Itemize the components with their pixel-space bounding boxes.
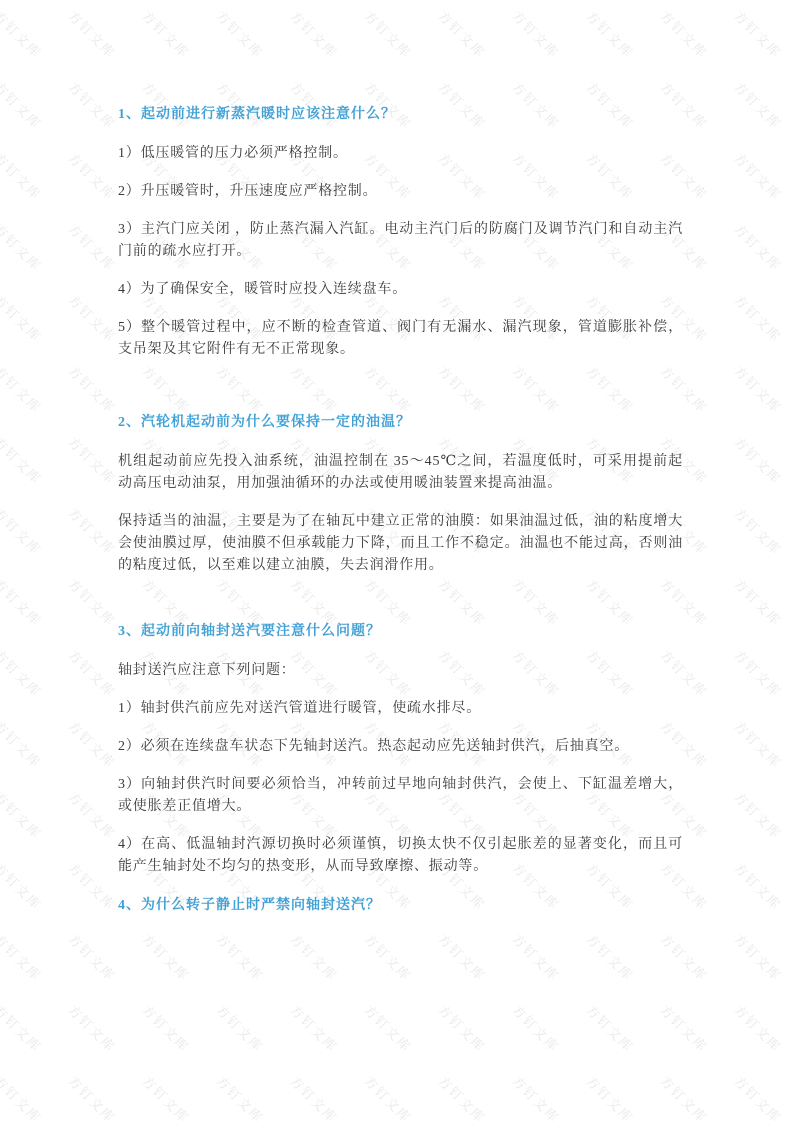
answer-paragraph: 轴封送汽应注意下列问题： <box>118 660 683 682</box>
watermark-text: 方钉文库 <box>361 1000 417 1056</box>
watermark-text: 方钉文库 <box>287 1071 343 1122</box>
watermark-text: 方钉文库 <box>65 1071 121 1122</box>
watermark-text: 方钉文库 <box>361 929 417 985</box>
watermark-text: 方钉文库 <box>213 1000 269 1056</box>
watermark-text: 方钉文库 <box>65 1000 121 1056</box>
question-heading: 2、汽轮机起动前为什么要保持一定的油温？ <box>118 411 683 435</box>
watermark-text: 方钉文库 <box>509 1000 565 1056</box>
watermark-text: 方钉文库 <box>213 929 269 985</box>
watermark-text: 方钉文库 <box>583 1071 639 1122</box>
watermark-text: 方钉文库 <box>139 929 195 985</box>
answer-paragraph: 2）升压暖管时，升压速度应严格控制。 <box>118 181 683 203</box>
watermark-text: 方钉文库 <box>657 1071 713 1122</box>
watermark-text: 方钉文库 <box>139 1071 195 1122</box>
answer-paragraph: 3）主汽门应关闭 ，防止蒸汽漏入汽缸。电动主汽门后的防腐门及调节汽门和自动主汽门… <box>118 219 683 263</box>
watermark-text: 方钉文库 <box>509 929 565 985</box>
answer-paragraph: 机组起动前应先投入油系统，油温控制在 35～45℃之间，若温度低时，可采用提前起… <box>118 451 683 495</box>
answer-paragraph: 3）向轴封供汽时间要必须恰当，冲转前过早地向轴封供汽，会使上、下缸温差增大，或使… <box>118 774 683 818</box>
document-page: 方钉文库方钉文库方钉文库方钉文库方钉文库方钉文库方钉文库方钉文库方钉文库方钉文库… <box>0 0 793 1122</box>
watermark-text: 方钉文库 <box>65 929 121 985</box>
watermark-text: 方钉文库 <box>657 1000 713 1056</box>
document-content: 1、起动前进行新蒸汽暖时应该注意什么？ 1）低压暖管的压力必须严格控制。 2）升… <box>0 0 793 918</box>
watermark-text: 方钉文库 <box>583 1000 639 1056</box>
answer-paragraph: 5）整个暖管过程中，应不断的检查管道、阀门有无漏水、漏汽现象，管道膨胀补偿，支吊… <box>118 317 683 361</box>
answer-paragraph: 1）轴封供汽前应先对送汽管道进行暖管，使疏水排尽。 <box>118 698 683 720</box>
watermark-text: 方钉文库 <box>287 929 343 985</box>
answer-paragraph: 2）必须在连续盘车状态下先轴封送汽。热态起动应先送轴封供汽，后抽真空。 <box>118 736 683 758</box>
watermark-text: 方钉文库 <box>657 929 713 985</box>
watermark-text: 方钉文库 <box>731 1000 787 1056</box>
question-heading: 1、起动前进行新蒸汽暖时应该注意什么？ <box>118 103 683 127</box>
watermark-text: 方钉文库 <box>361 1071 417 1122</box>
watermark-text: 方钉文库 <box>0 1000 46 1056</box>
qa-section-2: 2、汽轮机起动前为什么要保持一定的油温？ 机组起动前应先投入油系统，油温控制在 … <box>118 411 683 577</box>
watermark-text: 方钉文库 <box>731 929 787 985</box>
answer-paragraph: 4）为了确保安全，暖管时应投入连续盘车。 <box>118 279 683 301</box>
qa-section-3: 3、起动前向轴封送汽要注意什么问题？ 轴封送汽应注意下列问题： 1）轴封供汽前应… <box>118 620 683 878</box>
qa-section-4: 4、为什么转子静止时严禁向轴封送汽？ <box>118 894 683 918</box>
answer-paragraph: 4）在高、低温轴封汽源切换时必须谨慎，切换太快不仅引起胀差的显著变化，而且可能产… <box>118 834 683 878</box>
watermark-text: 方钉文库 <box>435 1071 491 1122</box>
watermark-text: 方钉文库 <box>435 929 491 985</box>
watermark-text: 方钉文库 <box>731 1071 787 1122</box>
watermark-text: 方钉文库 <box>287 1000 343 1056</box>
question-heading: 4、为什么转子静止时严禁向轴封送汽？ <box>118 894 683 918</box>
watermark-text: 方钉文库 <box>509 1071 565 1122</box>
answer-paragraph: 保持适当的油温，主要是为了在轴瓦中建立正常的油膜：如果油温过低，油的粘度增大会使… <box>118 511 683 577</box>
watermark-text: 方钉文库 <box>0 1071 46 1122</box>
question-heading: 3、起动前向轴封送汽要注意什么问题？ <box>118 620 683 644</box>
watermark-text: 方钉文库 <box>139 1000 195 1056</box>
watermark-text: 方钉文库 <box>435 1000 491 1056</box>
qa-section-1: 1、起动前进行新蒸汽暖时应该注意什么？ 1）低压暖管的压力必须严格控制。 2）升… <box>118 103 683 361</box>
watermark-text: 方钉文库 <box>213 1071 269 1122</box>
watermark-text: 方钉文库 <box>0 929 46 985</box>
watermark-text: 方钉文库 <box>583 929 639 985</box>
answer-paragraph: 1）低压暖管的压力必须严格控制。 <box>118 143 683 165</box>
